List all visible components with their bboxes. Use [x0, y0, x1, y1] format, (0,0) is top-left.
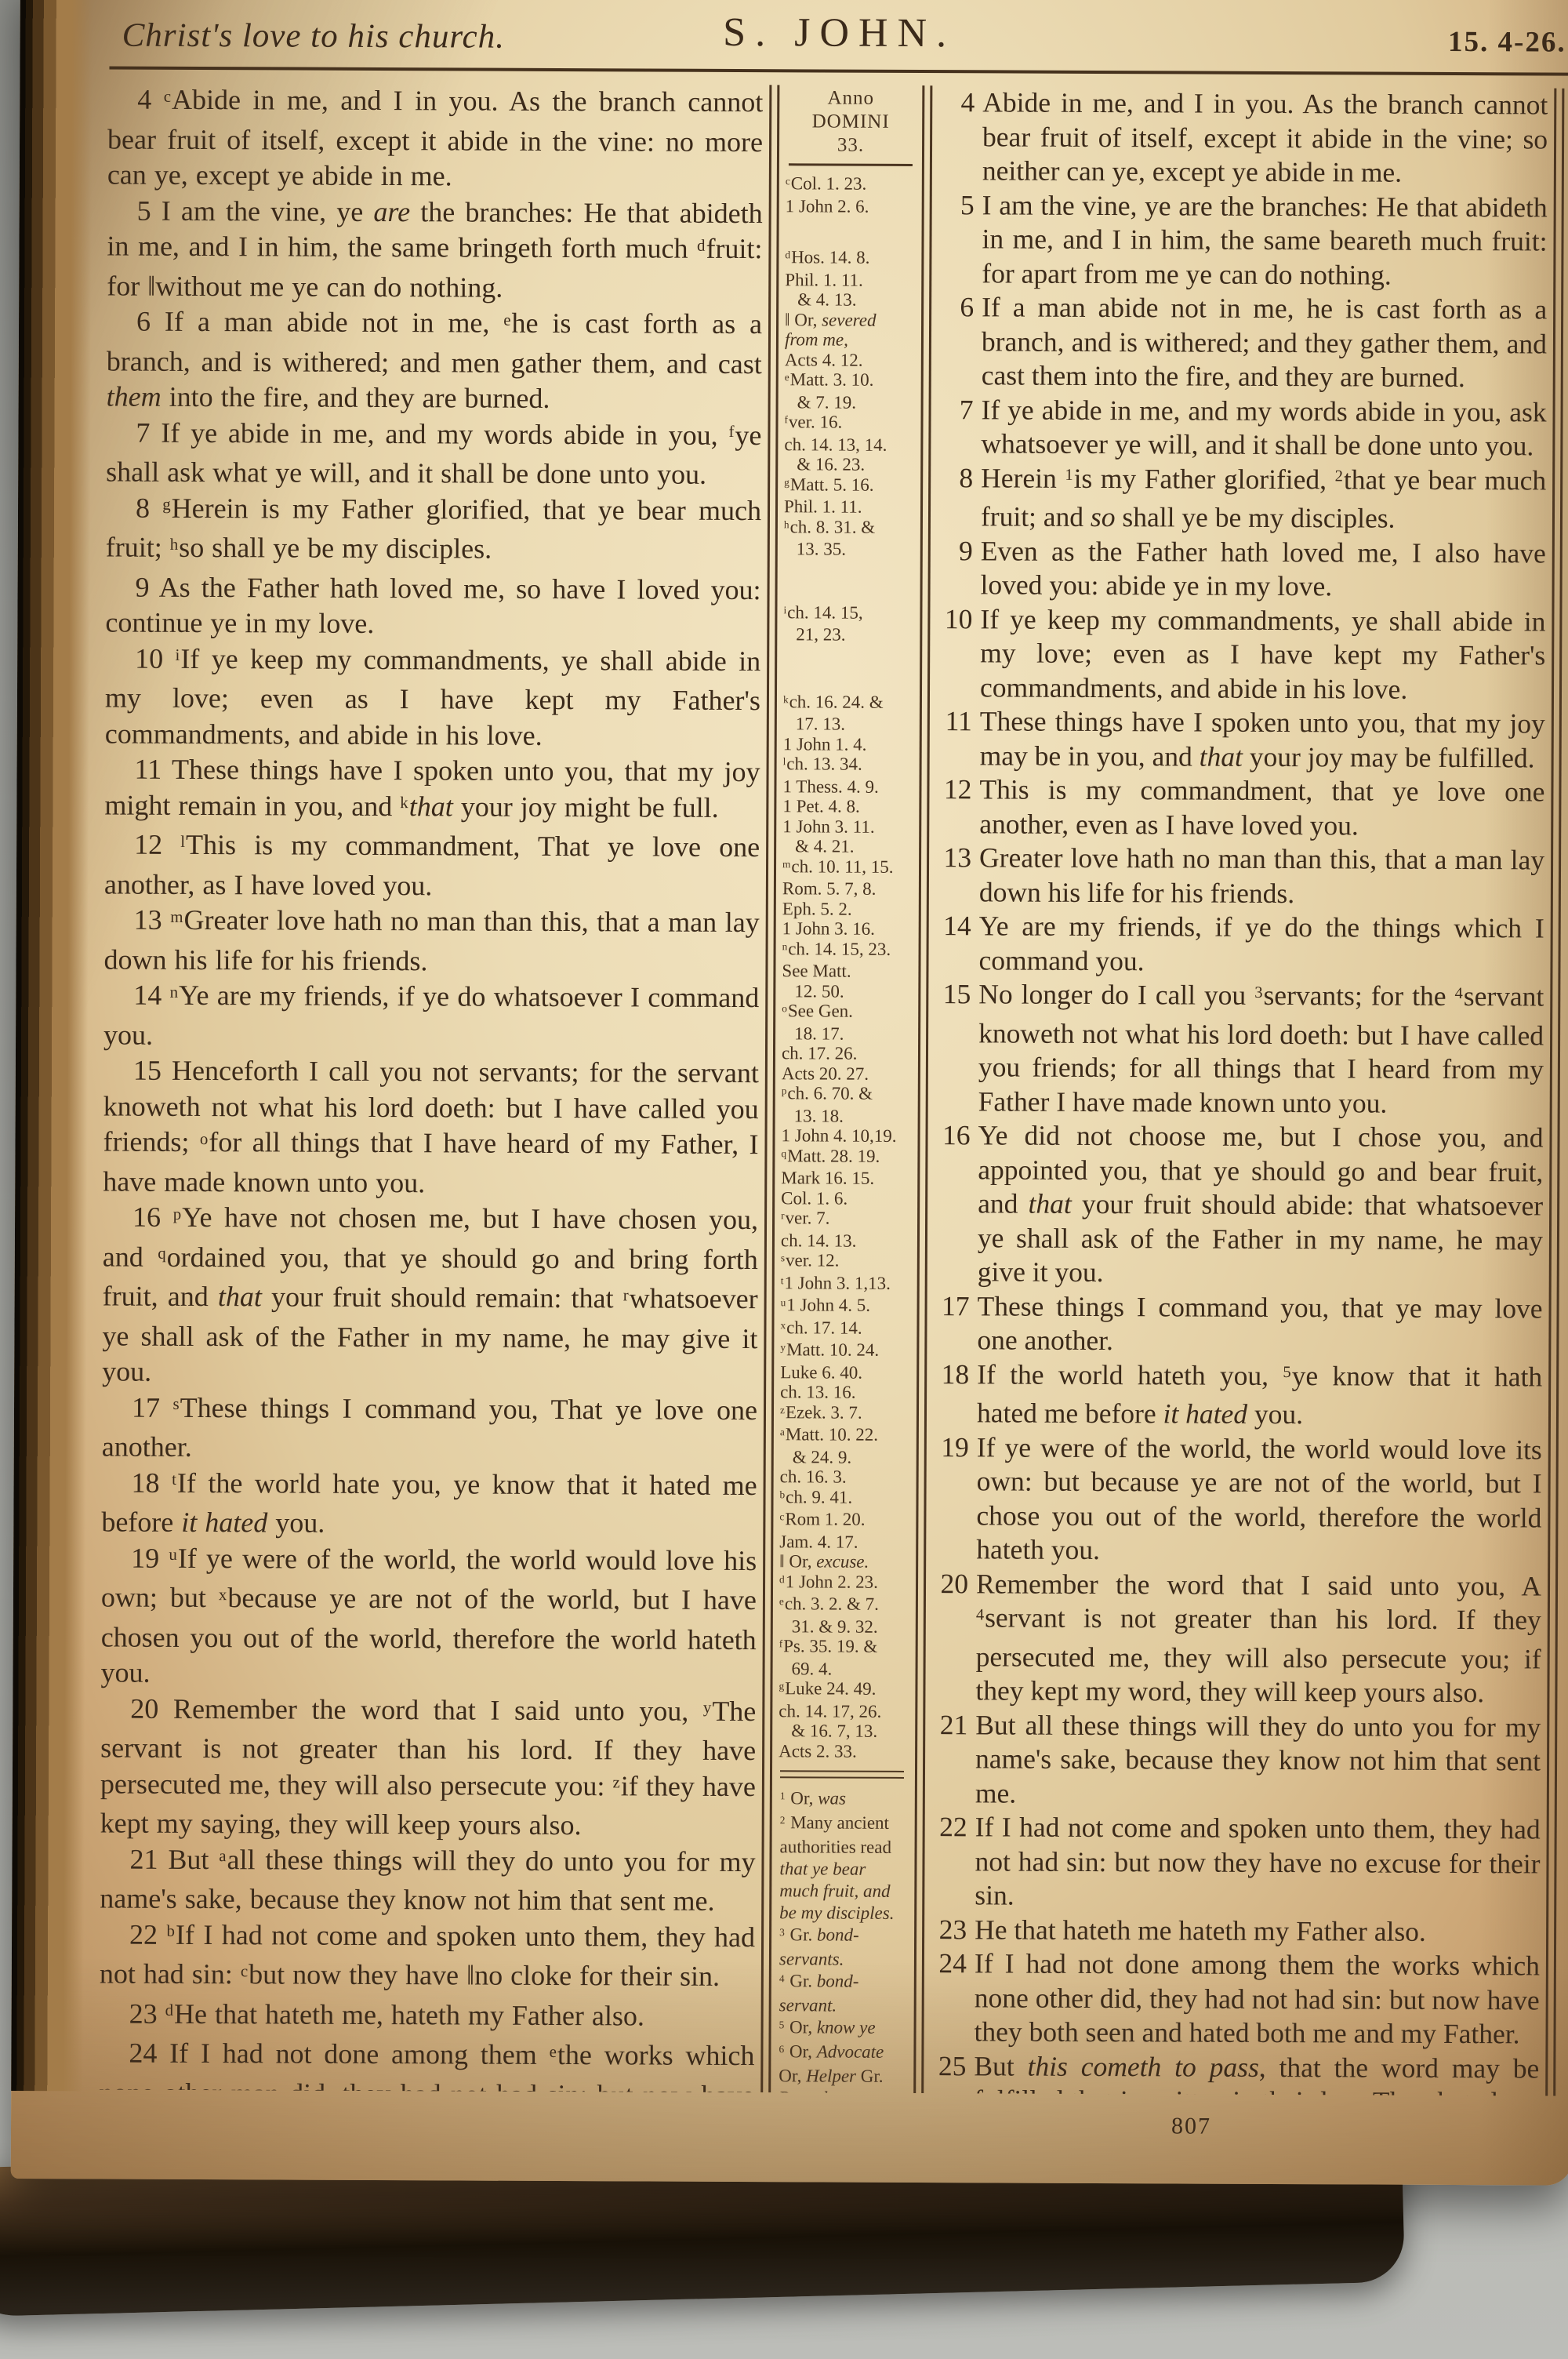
rv-verse: 20Remember the word that I said unto you…	[931, 1567, 1541, 1710]
rv-verse: 7If ye abide in me, and my words abide i…	[937, 393, 1546, 463]
rv-verse: 17These things I command you, that ye ma…	[933, 1289, 1542, 1360]
kjv-verse: 7 If ye abide in me, and my words abide …	[106, 415, 761, 493]
rv-verse-number: 10	[936, 602, 972, 637]
rv-verse-number: 8	[937, 461, 973, 496]
cross-reference: Col. 1. 6.	[781, 1188, 911, 1209]
rv-verse: 8Herein 1is my Father glorified, 2that y…	[937, 461, 1546, 536]
footnote: 4 Gr. bond-servant.	[779, 1970, 906, 2017]
cross-reference: aMatt. 10. 22.	[780, 1424, 910, 1447]
cross-reference: from me,	[785, 329, 915, 350]
kjv-verse: 19 uIf ye were of the world, the world w…	[100, 1540, 757, 1694]
rv-verse: 11These things have I spoken unto you, t…	[936, 704, 1545, 775]
kjv-verse: 4 cAbide in me, and I in you. As the bra…	[107, 82, 764, 195]
footnote: 6 Or, Advocate Or, Helper Gr. Paraclete.	[779, 2041, 906, 2095]
cross-reference: 1 Thess. 4. 9.	[782, 776, 913, 797]
cross-reference: cRom 1. 20.	[779, 1509, 909, 1532]
rv-verse: 6If a man abide not in me, he is cast fo…	[938, 290, 1548, 395]
kjv-verse: 14 nYe are my friends, if ye do whatsoev…	[103, 977, 759, 1056]
page-edge-rule	[1545, 89, 1564, 2096]
rv-verse-number: 13	[935, 841, 971, 875]
column-rule-left	[760, 85, 779, 2092]
rv-verse-number: 21	[931, 1708, 967, 1743]
cross-reference: See Matt.	[782, 961, 912, 981]
cross-reference: fPs. 35. 19. &	[779, 1636, 909, 1659]
rv-verse-number: 18	[933, 1358, 969, 1392]
footnote: 1 Or, was	[780, 1787, 907, 1812]
rv-verse-number: 4	[938, 85, 975, 120]
cross-reference: ‖ Or, severed	[785, 310, 915, 330]
rv-verse-number: 20	[932, 1567, 968, 1601]
rv-verse: 4Abide in me, and I in you. As the branc…	[938, 85, 1548, 191]
cross-reference: kch. 16. 24. &	[783, 692, 913, 714]
rv-verse: 23He that hateth me hateth my Father als…	[931, 1913, 1540, 1950]
rv-verse-number: 14	[935, 909, 971, 943]
footnote: 2 Many ancient authorities read that ye …	[779, 1812, 907, 1925]
rv-verse: 16Ye did not choose me, but I chose you,…	[934, 1118, 1544, 1292]
cross-reference: qMatt. 28. 19.	[781, 1146, 911, 1169]
cross-reference: ech. 3. 2. & 7.	[779, 1594, 909, 1616]
cross-reference: mch. 10. 11, 15.	[782, 856, 913, 879]
cross-reference: gLuke 24. 49.	[779, 1678, 909, 1701]
ref-gap	[783, 645, 913, 692]
kjv-verse: 9 As the Father hath loved me, so have I…	[105, 569, 760, 644]
cross-reference: gMatt. 5. 16.	[784, 474, 914, 497]
kjv-verse: 23 dHe that hateth me, hateth my Father …	[100, 1996, 755, 2038]
footnotes: 1 Or, was2 Many ancient authorities read…	[777, 1787, 909, 2095]
rv-verse-number: 17	[934, 1289, 970, 1324]
rv-verse: 13Greater love hath no man than this, th…	[935, 841, 1544, 911]
cross-reference: 1 John 3. 11.	[782, 816, 913, 837]
rv-verse: 10If ye keep my commandments, ye shall a…	[936, 602, 1546, 707]
cross-reference: 12. 50.	[782, 981, 912, 1001]
anno-domini: Anno DOMINI 33.	[789, 86, 913, 166]
rv-verse: 22If I had not come and spoken unto them…	[931, 1810, 1541, 1915]
cross-reference: ch. 16. 3.	[780, 1467, 910, 1487]
cross-reference: & 4. 13.	[785, 289, 915, 310]
footnote-separator-rule	[780, 1770, 904, 1779]
cross-reference: t1 John 3. 1,13.	[781, 1273, 911, 1296]
cross-reference: 1 John 1. 4.	[783, 734, 913, 754]
kjv-verse: 24 If I had not done among them ethe wor…	[99, 2035, 754, 2095]
rv-verse: 25But this cometh to pass, that the word…	[930, 2049, 1540, 2096]
cross-reference: xch. 17. 14.	[780, 1318, 910, 1340]
cross-reference: & 16. 7, 13.	[779, 1721, 909, 1741]
text-columns: 4 cAbide in me, and I in you. As the bra…	[99, 82, 1568, 2095]
cross-reference: ch. 14. 17, 26.	[779, 1701, 909, 1721]
kjv-verse: 11 These things have I spoken unto you, …	[104, 751, 760, 830]
cross-reference: 13. 18.	[782, 1106, 912, 1126]
bible-page: Christ's love to his church. S. JOHN. 15…	[11, 0, 1568, 2186]
cross-reference: d1 John 2. 23.	[779, 1572, 909, 1594]
cross-reference: Phil. 1. 11.	[785, 270, 915, 290]
cross-reference: & 4. 21.	[782, 836, 913, 856]
kjv-verse: 12 lThis is my commandment, That ye love…	[104, 827, 760, 905]
page-number: 807	[1171, 2113, 1211, 2139]
cross-reference: hch. 8. 31. &	[784, 517, 914, 540]
cross-reference: Acts 4. 12.	[785, 350, 915, 370]
page-edge-stack	[11, 0, 93, 2091]
cross-reference: ich. 14. 15,	[783, 602, 913, 625]
kjv-verse: 21 But aall these things will they do un…	[100, 1841, 755, 1920]
cross-reference: 17. 13.	[783, 714, 913, 734]
kjv-column: 4 cAbide in me, and I in you. As the bra…	[99, 82, 763, 2092]
cross-reference: & 24. 9.	[780, 1447, 910, 1467]
kjv-verse: 8 gHerein is my Father glorified, that y…	[106, 490, 761, 572]
rv-verse-number: 15	[935, 977, 971, 1012]
rv-verse-number: 22	[931, 1810, 967, 1845]
rv-verse: 12This is my commandment, that ye love o…	[935, 772, 1544, 843]
kjv-verse: 22 bIf I had not come and spoken unto th…	[100, 1917, 755, 1999]
cross-reference: ch. 14. 13.	[781, 1230, 911, 1251]
kjv-verse: 10 iIf ye keep my commandments, ye shall…	[105, 641, 761, 754]
rv-verse-number: 24	[931, 1946, 967, 1981]
cross-reference: fver. 16.	[784, 412, 914, 434]
rv-verse-number: 11	[936, 704, 972, 739]
kjv-verse: 18 tIf the world hate you, ye know that …	[101, 1465, 757, 1543]
rv-verse-number: 23	[931, 1913, 967, 1947]
cross-reference: 13. 35.	[784, 539, 914, 559]
kjv-verse: 15 Henceforth I call you not servants; f…	[103, 1052, 759, 1202]
cross-reference: 21, 23.	[783, 624, 913, 645]
cross-reference: ch. 13. 16.	[780, 1382, 910, 1402]
cross-reference: 1 John 4. 10,19.	[781, 1125, 911, 1146]
cross-reference: ch. 17. 26.	[782, 1043, 912, 1063]
kjv-verse: 16 pYe have not chosen me, but I have ch…	[102, 1199, 758, 1392]
cross-reference: oSee Gen.	[782, 1001, 912, 1023]
cross-reference: nch. 14. 15, 23.	[782, 939, 913, 961]
cross-reference: cCol. 1. 23.	[786, 173, 916, 196]
cross-reference: Luke 6. 40.	[780, 1362, 910, 1383]
cross-reference: bch. 9. 41.	[779, 1487, 909, 1510]
rv-verse: 24If I had not done among them the works…	[930, 1946, 1540, 2052]
chapter-verse-range: 15. 4-26.	[1448, 25, 1566, 60]
rv-verse: 5I am the vine, ye are the branches: He …	[938, 188, 1548, 293]
rv-verse-number: 25	[930, 2049, 966, 2084]
cross-reference: yMatt. 10. 24.	[780, 1339, 910, 1362]
rv-verse: 15No longer do I call you 3servants; for…	[935, 977, 1544, 1121]
cross-references: cCol. 1. 23.1 John 2. 6.dHos. 14. 8.Phil…	[779, 173, 916, 1779]
footnote: 3 Gr. bond-servants.	[779, 1924, 906, 1971]
rv-verse: 14Ye are my friends, if ye do the things…	[935, 909, 1544, 980]
kjv-verse: 20 Remember the word that I said unto yo…	[100, 1691, 757, 1845]
cross-reference: Jam. 4. 17.	[779, 1532, 909, 1552]
rv-verse-number: 19	[933, 1430, 969, 1465]
cross-reference: eMatt. 3. 10.	[785, 369, 915, 392]
cross-reference: 1 John 2. 6.	[786, 196, 916, 216]
kjv-verse: 17 sThese things I command you, That ye …	[102, 1390, 757, 1468]
kjv-verse: 6 If a man abide not in me, ehe is cast …	[107, 304, 763, 417]
column-rule-right	[913, 85, 932, 2093]
cross-reference: zEzek. 3. 7.	[780, 1402, 910, 1425]
cross-reference: 18. 17.	[782, 1023, 912, 1044]
cross-reference: Mark 16. 15.	[781, 1168, 911, 1188]
cross-reference: sver. 12.	[781, 1250, 911, 1273]
cross-reference: lch. 13. 34.	[783, 754, 913, 776]
cross-reference: Rom. 5. 7, 8.	[782, 878, 913, 899]
rv-verse-number: 9	[937, 534, 973, 569]
rv-verse-number: 16	[934, 1118, 970, 1153]
rv-verse: 9Even as the Father hath loved me, I als…	[937, 534, 1546, 605]
footnote: 5 Or, know ye	[779, 2016, 906, 2041]
page-content: Christ's love to his church. S. JOHN. 15…	[99, 5, 1568, 2165]
cross-reference: & 16. 23.	[784, 454, 914, 474]
cross-reference: ‖ Or, excuse.	[779, 1551, 909, 1572]
cross-reference: Acts 2. 33.	[779, 1741, 909, 1761]
kjv-verse: 13 mGreater love hath no man than this, …	[103, 902, 759, 980]
cross-reference: rver. 7.	[781, 1208, 911, 1230]
ref-gap	[784, 559, 914, 603]
running-header: Christ's love to his church. S. JOHN. 15…	[108, 5, 1568, 69]
cross-reference: pch. 6. 70. &	[782, 1083, 912, 1106]
rv-verse-number: 6	[938, 290, 974, 325]
rv-verse-number: 5	[938, 188, 975, 223]
cross-reference: & 7. 19.	[785, 392, 915, 413]
reference-column: Anno DOMINI 33. cCol. 1. 23.1 John 2. 6.…	[777, 85, 916, 2093]
rv-column: 4Abide in me, and I in you. As the branc…	[930, 85, 1548, 2095]
kjv-verse: 5 I am the vine, ye are the branches: He…	[107, 193, 763, 307]
cross-reference: 1 John 3. 16.	[782, 918, 913, 939]
rv-verse: 19If ye were of the world, the world wou…	[932, 1430, 1542, 1569]
rv-verse: 21But all these things will they do unto…	[931, 1708, 1541, 1813]
cross-reference: ch. 14. 13, 14.	[784, 434, 914, 455]
cross-reference: u1 John 4. 5.	[781, 1295, 911, 1318]
cross-reference: 1 Pet. 4. 8.	[782, 796, 913, 816]
cross-reference: dHos. 14. 8.	[785, 247, 915, 270]
rv-verse-number: 7	[937, 393, 973, 427]
cross-reference: Phil. 1. 11.	[784, 496, 914, 517]
book-title: S. JOHN.	[108, 6, 1568, 59]
cross-reference: Eph. 5. 2.	[782, 899, 913, 919]
cross-reference: 31. & 9. 32.	[779, 1616, 909, 1637]
rv-verse: 18If the world hateth you, 5ye know that…	[933, 1358, 1542, 1433]
ref-gap	[785, 216, 915, 248]
cross-reference: Acts 20. 27.	[782, 1063, 912, 1084]
cross-reference: 69. 4.	[779, 1659, 909, 1679]
rv-verse-number: 12	[935, 772, 971, 807]
